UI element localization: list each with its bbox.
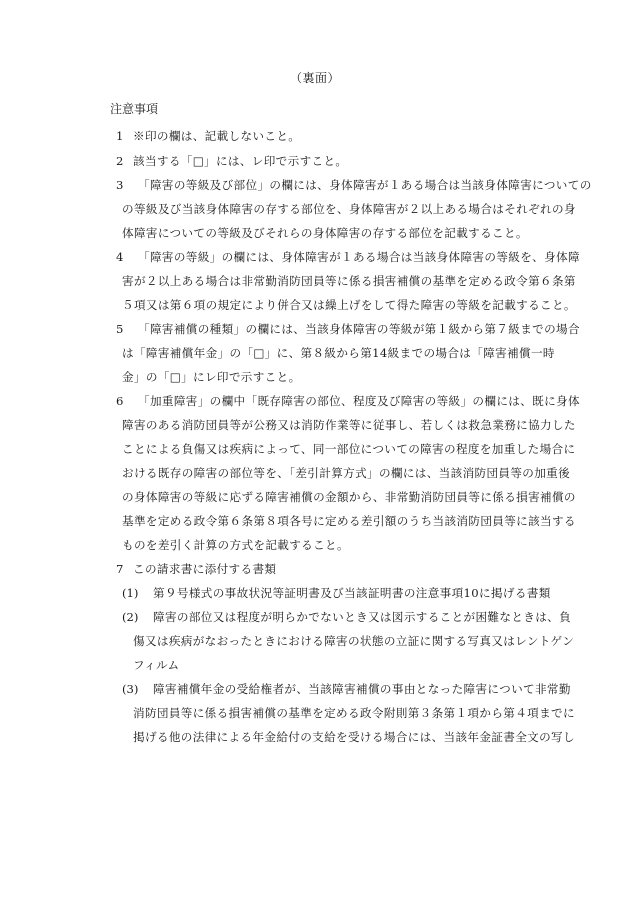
- item-number: 1: [116, 128, 123, 144]
- item-number: 2: [116, 153, 123, 169]
- item-1-line-1: ※印の欄は、記載しないこと。: [133, 128, 300, 144]
- item-4-line-3: ５項又は第６項の規定により併合又は繰上げをして得た障害の等級を記載すること。: [122, 297, 576, 313]
- subitem-2-line-2: 傷又は疾病がなおったときにおける障害の状態の立証に関する写真又はレントゲン: [133, 633, 574, 649]
- subitem-3-line-2: 消防団員等に係る損害補償の基準を定める政令附則第３条第１項から第４項までに: [133, 705, 575, 721]
- subitem-number: (1): [122, 585, 138, 601]
- item-7-line-1: この請求書に添付する書類: [133, 561, 276, 577]
- item-number: 4: [116, 249, 123, 265]
- subitem-2-line-3: フィルム: [133, 657, 179, 673]
- item-5-line-2: は「障害補償年金」の「□」に、第８級から第14級までの場合は「障害補償一時: [122, 345, 555, 361]
- subitem-3-line-3: 掲げる他の法律による年金給付の支給を受ける場合には、当該年金証書全文の写し: [133, 729, 575, 745]
- item-6-line-5: の身体障害の等級に応ずる障害補償の金額から、非常勤消防団員等に係る損害補償の: [122, 489, 576, 505]
- item-6-line-6: 基準を定める政令第６条第８項各号に定める差引額のうち当該消防団員等に該当する: [122, 513, 576, 529]
- item-4-line-1: 「障害の等級」の欄には、身体障害が１ある場合は当該身体障害の等級を、身体障: [138, 249, 580, 265]
- subitem-number: (2): [122, 609, 138, 625]
- item-number: 5: [116, 321, 123, 337]
- section-title: 注意事項: [110, 101, 158, 117]
- item-4-line-2: 害が２以上ある場合は非常勤消防団員等に係る損害補償の基準を定める政令第６条第: [122, 273, 576, 289]
- document-page: （裏面） 注意事項 1 ※印の欄は、記載しないこと。 2 該当する「□」には、レ…: [0, 0, 630, 903]
- subitem-2-line-1: 障害の部位又は程度が明らかでないとき又は図示することが困難なときは、負: [153, 609, 571, 625]
- item-6-line-7: ものを差引く計算の方式を記載すること。: [122, 537, 349, 553]
- item-6-line-4: おける既存の障害の部位等を、「差引計算方式」の欄には、当該消防団員等の加重後: [122, 465, 570, 481]
- item-number: 6: [116, 393, 123, 409]
- item-number: 3: [116, 177, 123, 193]
- page-heading: （裏面）: [0, 70, 630, 86]
- item-5-line-3: 金」の「□」にレ印で示すこと。: [122, 369, 301, 385]
- item-6-line-3: ことによる負傷又は疾病によって、同一部位についての障害の程度を加重した場合に: [122, 441, 575, 457]
- item-number: 7: [116, 561, 123, 577]
- item-3-line-1: 「障害の等級及び部位」の欄には、身体障害が１ある場合は当該身体障害についての: [138, 177, 592, 193]
- item-6-line-2: 障害のある消防団員等が公務又は消防作業等に従事し、若しくは救急業務に協力した: [122, 417, 576, 433]
- item-2-line-1: 該当する「□」には、レ印で示すこと。: [133, 153, 347, 169]
- item-3-line-2: の等級及び当該身体障害の存する部位を、身体障害が２以上ある場合はそれぞれの身: [122, 201, 576, 217]
- subitem-3-line-1: 障害補償年金の受給権者が、当該障害補償の事由となった障害について非常勤: [153, 681, 571, 697]
- item-5-line-1: 「障害補償の種類」の欄には、当該身体障害の等級が第１級から第７級までの場合: [138, 321, 580, 337]
- subitem-1-line-1: 第９号様式の事故状況等証明書及び当該証明書の注意事項10に掲げる書類: [153, 585, 551, 601]
- item-6-line-1: 「加重障害」の欄中「既存障害の部位、程度及び障害の等級」の欄には、既に身体: [138, 393, 580, 409]
- item-3-line-3: 体障害についての等級及びそれらの身体障害の存する部位を記載すること。: [122, 225, 528, 241]
- subitem-number: (3): [122, 681, 138, 697]
